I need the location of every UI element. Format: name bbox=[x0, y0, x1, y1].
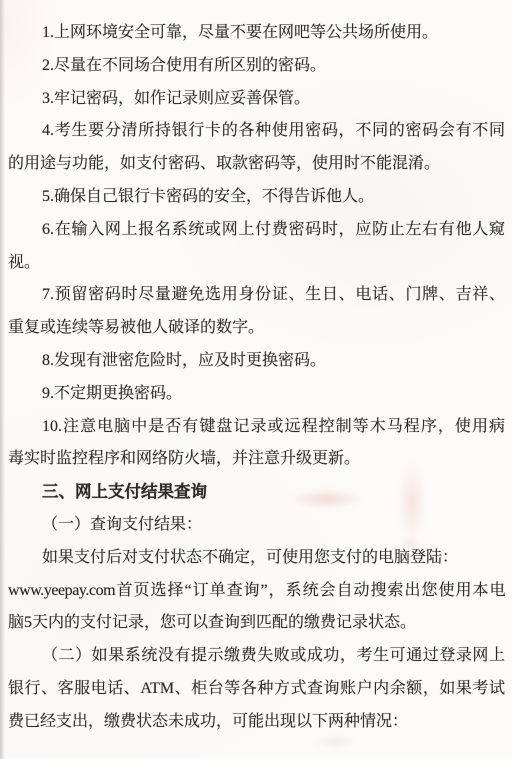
section-heading: 三、网上支付结果查询 bbox=[8, 476, 505, 509]
text-line: 重复或连续等易被他人破译的数字。 bbox=[8, 312, 505, 345]
text-line: 如果支付后对支付状态不确定，可使用您支付的电脑登陆： bbox=[8, 542, 505, 575]
paragraph: 10.注意电脑中是否有键盘记录或远程控制等木马程序，使用病毒实时监控程序和网络防… bbox=[8, 411, 505, 477]
text-column: 1.上网环境安全可靠，尽量不要在网吧等公共场所使用。2.尽量在不同场合使用有所区… bbox=[8, 17, 505, 739]
paragraph: （一）查询支付结果： bbox=[8, 509, 505, 542]
text-line: 8.发现有泄密危险时，应及时更换密码。 bbox=[8, 345, 505, 378]
text-line: （二）如果系统没有提示缴费失败或成功，考生可通过登录网上 bbox=[8, 640, 505, 673]
text-line: www.yeepay.com首页选择“订单查询”，系统会自动搜索出您使用本电 bbox=[8, 575, 505, 608]
paragraph: 5.确保自己银行卡密码的安全，不得告诉他人。 bbox=[8, 181, 505, 214]
paragraph: 6.在输入网上报名系统或网上付费密码时，应防止左右有他人窥视。 bbox=[8, 214, 505, 280]
text-line: 4.考生要分清所持银行卡的各种使用密码，不同的密码会有不同 bbox=[8, 115, 505, 148]
paragraph: 1.上网环境安全可靠，尽量不要在网吧等公共场所使用。 bbox=[8, 17, 505, 50]
text-line: 费已经支出，缴费状态未成功，可能出现以下两种情况： bbox=[8, 706, 505, 739]
paragraph: 8.发现有泄密危险时，应及时更换密码。 bbox=[8, 345, 505, 378]
paragraph: 7.预留密码时尽量避免选用身份证、生日、电话、门牌、吉祥、重复或连续等易被他人破… bbox=[8, 279, 505, 345]
paragraph: 9.不定期更换密码。 bbox=[8, 378, 505, 411]
scan-edge-shadow bbox=[0, 0, 5, 759]
paragraph: 如果支付后对支付状态不确定，可使用您支付的电脑登陆：www.yeepay.com… bbox=[8, 542, 505, 640]
text-line: （一）查询支付结果： bbox=[8, 509, 505, 542]
paragraph: 2.尽量在不同场合使用有所区别的密码。 bbox=[8, 50, 505, 83]
text-line: 7.预留密码时尽量避免选用身份证、生日、电话、门牌、吉祥、 bbox=[8, 279, 505, 312]
text-line: 1.上网环境安全可靠，尽量不要在网吧等公共场所使用。 bbox=[8, 17, 505, 50]
text-line: 银行、客服电话、ATM、柜台等各种方式查询账户内余额，如果考试 bbox=[8, 673, 505, 706]
text-line: 2.尽量在不同场合使用有所区别的密码。 bbox=[8, 50, 505, 83]
text-line: 三、网上支付结果查询 bbox=[8, 476, 505, 509]
text-line: 脑5天内的支付记录，您可以查询到匹配的缴费记录状态。 bbox=[8, 607, 505, 640]
text-line: 3.牢记密码，如作记录则应妥善保管。 bbox=[8, 83, 505, 116]
text-line: 5.确保自己银行卡密码的安全，不得告诉他人。 bbox=[8, 181, 505, 214]
text-line: 10.注意电脑中是否有键盘记录或远程控制等木马程序，使用病 bbox=[8, 411, 505, 444]
paragraph: 3.牢记密码，如作记录则应妥善保管。 bbox=[8, 83, 505, 116]
text-line: 视。 bbox=[8, 247, 505, 280]
text-line: 毒实时监控程序和网络防火墙，并注意升级更新。 bbox=[8, 443, 505, 476]
paragraph: 4.考生要分清所持银行卡的各种使用密码，不同的密码会有不同的用途与功能，如支付密… bbox=[8, 115, 505, 181]
text-line: 的用途与功能，如支付密码、取款密码等，使用时不能混淆。 bbox=[8, 148, 505, 181]
text-line: 6.在输入网上报名系统或网上付费密码时，应防止左右有他人窥 bbox=[8, 214, 505, 247]
document-page: 1.上网环境安全可靠，尽量不要在网吧等公共场所使用。2.尽量在不同场合使用有所区… bbox=[0, 0, 512, 759]
paragraph: （二）如果系统没有提示缴费失败或成功，考生可通过登录网上银行、客服电话、ATM、… bbox=[8, 640, 505, 738]
text-line: 9.不定期更换密码。 bbox=[8, 378, 505, 411]
